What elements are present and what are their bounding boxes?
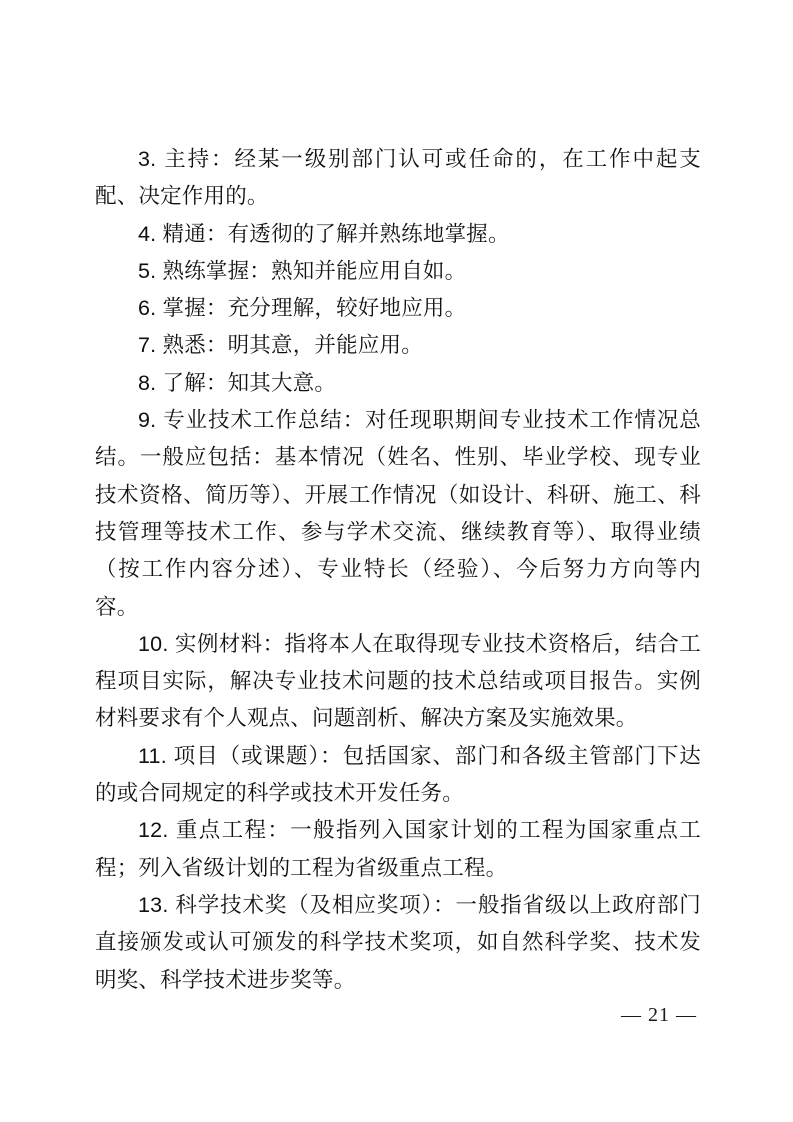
page-number: — 21 — bbox=[621, 1002, 697, 1028]
definition-paragraph-4: 4. 精通：有透彻的了解并熟练地掌握。 bbox=[95, 216, 701, 253]
definition-paragraph-6: 6. 掌握：充分理解，较好地应用。 bbox=[95, 290, 701, 327]
document-body: 3. 主持：经某一级别部门认可或任命的，在工作中起支配、决定作用的。 4. 精通… bbox=[95, 141, 701, 999]
definition-paragraph-12: 12. 重点工程：一般指列入国家计划的工程为国家重点工程；列入省级计划的工程为省… bbox=[95, 812, 701, 887]
definition-paragraph-7: 7. 熟悉：明其意，并能应用。 bbox=[95, 327, 701, 364]
definition-paragraph-3: 3. 主持：经某一级别部门认可或任命的，在工作中起支配、决定作用的。 bbox=[95, 141, 701, 216]
definition-paragraph-13: 13. 科学技术奖（及相应奖项）：一般指省级以上政府部门直接颁发或认可颁发的科学… bbox=[95, 887, 701, 999]
document-page: 3. 主持：经某一级别部门认可或任命的，在工作中起支配、决定作用的。 4. 精通… bbox=[0, 0, 793, 1122]
definition-paragraph-8: 8. 了解：知其大意。 bbox=[95, 365, 701, 402]
definition-paragraph-9: 9. 专业技术工作总结：对任现职期间专业技术工作情况总结。一般应包括：基本情况（… bbox=[95, 402, 701, 626]
definition-paragraph-5: 5. 熟练掌握：熟知并能应用自如。 bbox=[95, 253, 701, 290]
definition-paragraph-10: 10. 实例材料：指将本人在取得现专业技术资格后，结合工程项目实际，解决专业技术… bbox=[95, 626, 701, 738]
definition-paragraph-11: 11. 项目（或课题）：包括国家、部门和各级主管部门下达的或合同规定的科学或技术… bbox=[95, 738, 701, 813]
